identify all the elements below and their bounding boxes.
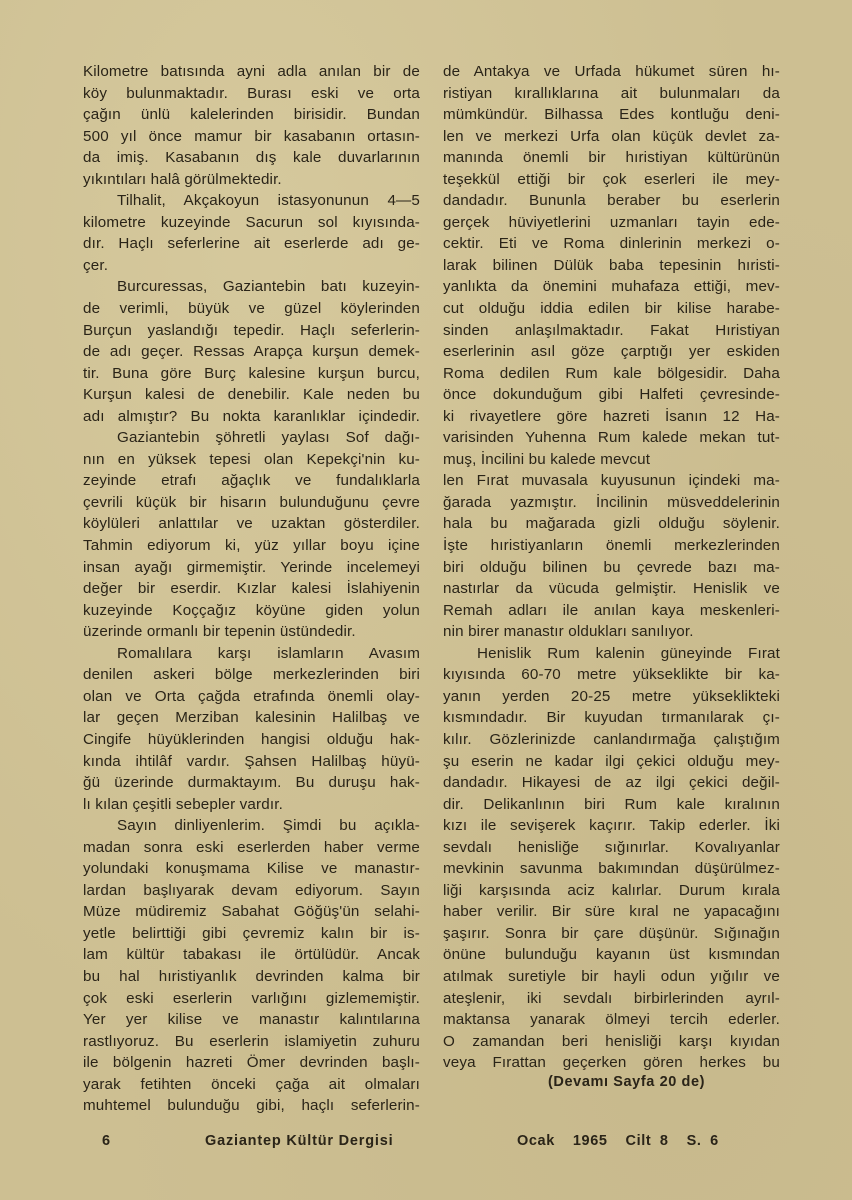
- text-line: ğarada yazmıştır. İncilinin müsveddeleri…: [443, 492, 780, 514]
- text-line: Cingife hüyüklerinden hangisi olduğu hak…: [83, 729, 420, 751]
- continuation-note: (Devamı Sayfa 20 de): [548, 1074, 705, 1090]
- text-line: gerçek hüviyetlerini uzmanları tayin ede…: [443, 212, 780, 234]
- text-line: varisinden Yuhenna Rum kalede mekan tut-: [443, 427, 780, 449]
- text-line: Burcuressas, Gaziantebin batı kuzeyin-: [83, 276, 420, 298]
- text-line: olan ve Orta çağda etrafında önemli olay…: [83, 686, 420, 708]
- text-line: Burçun yaslandığı tepedir. Haçlı seferle…: [83, 320, 420, 342]
- text-line: sevdalı henisliğe sığınırlar. Kovalıyanl…: [443, 837, 780, 859]
- text-line: Tahmin ediyorum ki, yüz yıllar boyu için…: [83, 535, 420, 557]
- text-line: larak bilinen Dülük baba tepesinin hıris…: [443, 255, 780, 277]
- magazine-title: Gaziantep Kültür Dergisi: [205, 1133, 393, 1149]
- text-line: dır. Haçlı seferlerine ait eserlerde adı…: [83, 233, 420, 255]
- text-line: 500 yıl önce mamur bir kasabanın ortasın…: [83, 126, 420, 148]
- text-line: len ve merkezi Urfa olan küçük devlet za…: [443, 126, 780, 148]
- text-line: kuzeyinde Koççağız köyüne giden yolun: [83, 600, 420, 622]
- text-line: de adı geçer. Ressas Arapça kurşun demek…: [83, 341, 420, 363]
- text-line: köy bulunmaktadır. Burası eski ve orta: [83, 83, 420, 105]
- text-line: muhtemel bulunduğu gibi, haçlı seferleri…: [83, 1095, 420, 1117]
- text-line: de verimli, büyük ve güzel köylerinden: [83, 298, 420, 320]
- text-line: bu hal hıristiyanlık devrinden kalma bir: [83, 966, 420, 988]
- text-line: kıyısında 60-70 metre yükseklikte bir ka…: [443, 664, 780, 686]
- issue-number: S. 6: [687, 1133, 719, 1149]
- text-line: cektir. Eti ve Roma dinlerinin merkezi o…: [443, 233, 780, 255]
- text-line: manında önemli bir hıristiyan kültürünün: [443, 147, 780, 169]
- issue-month: Ocak: [517, 1133, 555, 1149]
- text-line: madan sonra eski eserlerden haber verme: [83, 837, 420, 859]
- text-line: da imiş. Kasabanın dış kale duvarlarının: [83, 147, 420, 169]
- text-line: Remah adları ile anılan kaya meskenleri-: [443, 600, 780, 622]
- text-line: mevkinin savunma bakımından düşürülmez-: [443, 858, 780, 880]
- magazine-page: Kilometre batısında ayni adla anılan bir…: [0, 0, 852, 1200]
- text-line: yolundaki konuşmama Kilise ve manastır-: [83, 858, 420, 880]
- text-line: biri olduğu bilinen bu çevrede bazı ma-: [443, 557, 780, 579]
- text-line: dandadır. Hikayesi de az ilgi çekici değ…: [443, 772, 780, 794]
- text-line: denilen askeri bölge merkezlerinden biri: [83, 664, 420, 686]
- text-line: teşekkül ettiği bir çok eserleri ile mey…: [443, 169, 780, 191]
- text-line: kısmındadır. Bir kuyudan tırmanılarak çı…: [443, 707, 780, 729]
- text-line: İşte hıristiyanların önemli merkezlerind…: [443, 535, 780, 557]
- text-line: ateşlenir, iki sevdalı birbirlerinden ay…: [443, 988, 780, 1010]
- issue-info: Ocak1965Cilt 8S. 6: [517, 1133, 737, 1149]
- text-line: Kilometre batısında ayni adla anılan bir…: [83, 61, 420, 83]
- text-line: Gaziantebin şöhretli yaylası Sof dağı-: [83, 427, 420, 449]
- text-line: Roma dedilen Rum kale bölgesidir. Daha: [443, 363, 780, 385]
- text-line: nin birer manastır oldukları sanılıyor.: [443, 621, 780, 643]
- text-line: çevrili küçük bir hisarın bulunduğunu çe…: [83, 492, 420, 514]
- text-line: kılır. Gözlerinizde canlandırmağa çalışt…: [443, 729, 780, 751]
- text-line: kilometre kuzeyinde Sacurun sol kıyısınd…: [83, 212, 420, 234]
- issue-volume: Cilt 8: [626, 1133, 669, 1149]
- text-line: liği karşısında aciz kalırlar. Durum kır…: [443, 880, 780, 902]
- text-line: ğü üzerinde durmaktayım. Bu duruşu hak-: [83, 772, 420, 794]
- text-line: lı kılan çeşitli sebepler vardır.: [83, 794, 420, 816]
- text-line: mümkündür. Bilhassa Edes kontluğu deni-: [443, 104, 780, 126]
- left-text-column: Kilometre batısında ayni adla anılan bir…: [83, 61, 420, 1117]
- text-line: sinden anlaşılmaktadır. Fakat Hıristiyan: [443, 320, 780, 342]
- text-line: yanlıkta da önemini muhafaza ettiği, mev…: [443, 276, 780, 298]
- text-line: de Antakya ve Urfada hükumet süren hı-: [443, 61, 780, 83]
- text-line: dir. Delikanlının biri Rum kale kıralını…: [443, 794, 780, 816]
- text-line: O zamandan beri henisliği karşı kıyıdan: [443, 1031, 780, 1053]
- text-line: lar geçen Merziban kalesinin Halilbaş ve: [83, 707, 420, 729]
- text-line: önüne bulunduğu kayanın üst kısmından: [443, 944, 780, 966]
- text-line: lardan başlıyarak devam ediyorum. Sayın: [83, 880, 420, 902]
- text-line: çok eski eserlerin varlığını gizlememişt…: [83, 988, 420, 1010]
- text-line: haber verilir. Bir süre kıral ne yapacağ…: [443, 901, 780, 923]
- text-line: Yer yer kilise ve manastır kalıntılarına: [83, 1009, 420, 1031]
- text-line: lam kültür tabakası ile örtülüdür. Ancak: [83, 944, 420, 966]
- text-line: maktansa yanarak ölmeyi tercih ederler.: [443, 1009, 780, 1031]
- text-line: ki rivayetlere göre hazreti İsanın 12 Ha…: [443, 406, 780, 428]
- text-line: len Fırat muvasala kuyusunun içindeki ma…: [443, 470, 780, 492]
- text-line: nın en yüksek tepesi olan Kepekçi'nin ku…: [83, 449, 420, 471]
- text-line: atılmak suretiyle bir hayli odun yığılır…: [443, 966, 780, 988]
- text-line: ile bölgenin hazreti Ömer devrinden başl…: [83, 1052, 420, 1074]
- text-line: veya Fırattan geçerken gören herkes bu: [443, 1052, 780, 1074]
- text-line: eserlerinin asıl göze çarptığı yer eskid…: [443, 341, 780, 363]
- text-line: yetle belirttiği gibi çevremiz kalın bir…: [83, 923, 420, 945]
- text-line: cut olduğu iddia edilen bir kilise harab…: [443, 298, 780, 320]
- text-line: Henislik Rum kalenin güneyinde Fırat: [443, 643, 780, 665]
- text-line: insan ayağı girmemiştir. Yerinde incelem…: [83, 557, 420, 579]
- text-line: yıkıntıları halâ görülmektedir.: [83, 169, 420, 191]
- text-line: hala bu mağarada gizli olduğu söylenir.: [443, 513, 780, 535]
- text-line: çağın ünlü kalelerinden birisidir. Bunda…: [83, 104, 420, 126]
- text-line: rastlıyoruz. Bu eserlerin islamiyetin zu…: [83, 1031, 420, 1053]
- text-line: değer bir eserdir. Kızlar kalesi İslahiy…: [83, 578, 420, 600]
- text-line: yanın yerden 20-25 metre yükseklikteki: [443, 686, 780, 708]
- text-line: Romalılara karşı islamların Avasım: [83, 643, 420, 665]
- text-line: muş, İncilini bu kalede mevcut: [443, 449, 780, 471]
- text-line: çer.: [83, 255, 420, 277]
- text-line: Müze müdiremiz Sabahat Göğüş'ün selahi-: [83, 901, 420, 923]
- text-line: dandadır. Bununla beraber bu eserlerin: [443, 190, 780, 212]
- text-line: Kurşun kalesi de denebilir. Kale neden b…: [83, 384, 420, 406]
- text-line: kında ihtilâf vardır. Şahsen Halilbaş hü…: [83, 751, 420, 773]
- right-text-column: de Antakya ve Urfada hükumet süren hı-ri…: [443, 61, 780, 1074]
- text-line: üzerinde ormanlı bir tepenin üstündedir.: [83, 621, 420, 643]
- text-line: köylüleri anlattılar ve uzaktan gösterdi…: [83, 513, 420, 535]
- text-line: adı almıştır? Bu nokta karanlıklar içind…: [83, 406, 420, 428]
- text-line: önce dokunduğum gibi Halfeti çevresinde-: [443, 384, 780, 406]
- text-line: ristiyan kırallıklarına ait bulunmaları …: [443, 83, 780, 105]
- text-line: şu eserin ne kadar ilgi çekici olduğu me…: [443, 751, 780, 773]
- text-line: zeyinde etrafı ağaçlık ve fundalıklarla: [83, 470, 420, 492]
- issue-year: 1965: [573, 1133, 608, 1149]
- text-line: şaşırır. Sonra bir çare düşünür. Sığınağ…: [443, 923, 780, 945]
- page-number: 6: [102, 1133, 110, 1149]
- text-line: yarak fetihten önceki çağa ait olmaları: [83, 1074, 420, 1096]
- text-line: Sayın dinliyenlerim. Şimdi bu açıkla-: [83, 815, 420, 837]
- text-line: tir. Buna göre Burç kalesine kurşun burc…: [83, 363, 420, 385]
- text-line: kızı ile sevişerek kaçırır. Takip ederle…: [443, 815, 780, 837]
- text-line: nastırlar da vücuda gelmiştir. Henislik …: [443, 578, 780, 600]
- text-line: Tilhalit, Akçakoyun istasyonunun 4—5: [83, 190, 420, 212]
